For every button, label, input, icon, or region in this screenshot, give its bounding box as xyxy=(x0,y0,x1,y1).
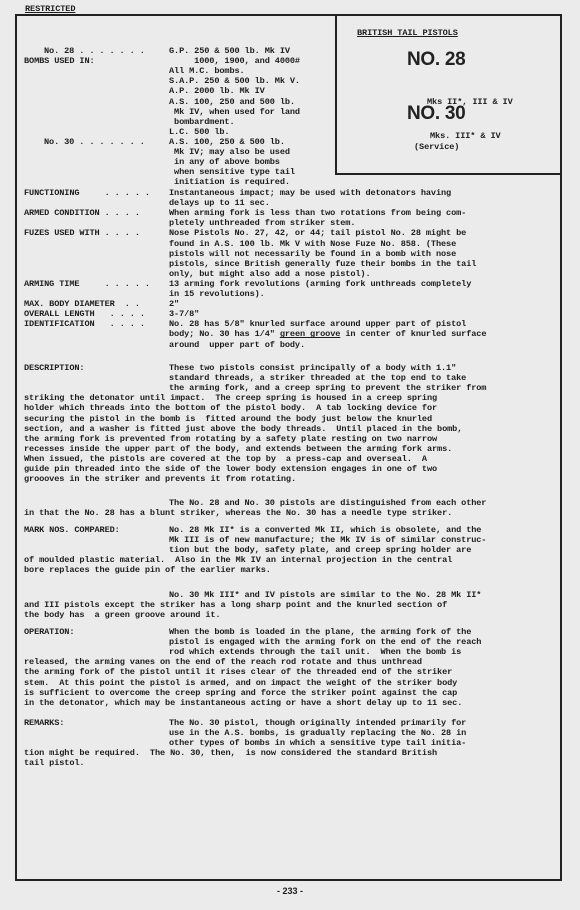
paragraph-line: recesses inside the upper part of the bo… xyxy=(24,444,452,454)
paragraph-line: The No. 28 and No. 30 pistols are distin… xyxy=(169,498,486,508)
spec-value-line: 13 arming fork revolutions (arming fork … xyxy=(169,279,471,289)
spec-value-line: in 15 revolutions). xyxy=(169,289,265,299)
entry-value-line: A.S. 100, 250 & 500 lb. xyxy=(169,137,285,147)
spec-value-line: No. 28 has 5/8" knurled surface around u… xyxy=(169,319,466,329)
spec-value-line: pistols, since British generally fuze th… xyxy=(169,259,476,269)
entry-value-line: Mk IV, when used for land xyxy=(169,107,300,117)
paragraph-line: is sufficient to overcome the creep spri… xyxy=(24,688,457,698)
spec-label: FUZES USED WITH . . . . xyxy=(24,228,140,238)
spec-value-line: 3-7/8" xyxy=(169,309,199,319)
entry-value-line: S.A.P. 250 & 500 lb. Mk V. xyxy=(169,76,300,86)
entry-value-line: initiation is required. xyxy=(169,177,290,187)
entry-value-line: 1000, 1900, and 4000# xyxy=(169,56,300,66)
paragraph-line: use in the A.S. bombs, is gradually repl… xyxy=(169,728,466,738)
paragraph-line: the arming fork, and a creep spring to p… xyxy=(169,383,486,393)
section-label: DESCRIPTION: xyxy=(24,363,84,373)
spec-label: IDENTIFICATION . . . . xyxy=(24,319,145,329)
spec-value-line: When arming fork is less than two rotati… xyxy=(169,208,466,218)
entry-value-line: L.C. 500 lb. xyxy=(169,127,229,137)
section-label: REMARKS: xyxy=(24,718,64,728)
paragraph-line: the arming fork is prevented from rotati… xyxy=(24,434,437,444)
paragraph-line: The No. 30 pistol, though originally int… xyxy=(169,718,466,728)
pistol-no30-title: NO. 30 xyxy=(407,103,465,125)
paragraph-line: section, and a washer is fitted just abo… xyxy=(24,424,462,434)
spec-value-line: pletely unthreaded from striker stem. xyxy=(169,218,355,228)
section-label: OPERATION: xyxy=(24,627,74,637)
classification-label: RESTRICTED xyxy=(25,4,75,14)
paragraph-line: and III pistols except the striker has a… xyxy=(24,600,447,610)
paragraph-line: standard threads, a striker threaded at … xyxy=(169,373,466,383)
paragraph-line: tail pistol. xyxy=(24,758,84,768)
title-box: BRITISH TAIL PISTOLS NO. 28 Mks II*, III… xyxy=(335,14,562,175)
paragraph-line: striking the detonator until impact. The… xyxy=(24,393,437,403)
paragraph-line: groooves in the striker and prevents it … xyxy=(24,474,296,484)
spec-label: FUNCTIONING . . . . . xyxy=(24,188,150,198)
paragraph-line: released, the arming vanes on the end of… xyxy=(24,657,422,667)
spec-value-line: around upper part of body. xyxy=(169,340,305,350)
spec-value-line: Instantaneous impact; may be used with d… xyxy=(169,188,451,198)
bombs-used-in-section: BOMBS USED IN: xyxy=(24,36,95,76)
text-fragment: in center of knurled surface xyxy=(340,329,486,339)
pistol-no30-service-note: (Service) xyxy=(414,142,459,152)
paragraph-line: in the detonator, which may be instantan… xyxy=(24,698,462,708)
paragraph-line: securing the pistol in the bomb is fitte… xyxy=(24,414,432,424)
paragraph-line: the arming fork of the pistol until it r… xyxy=(24,667,452,677)
green-groove-emphasis: green groove xyxy=(280,329,340,339)
entry-value-line: A.P. 2000 lb. Mk IV xyxy=(169,86,265,96)
entry-label: No. 30 . . . . . . . xyxy=(44,137,145,147)
paragraph-line: tion might be required. The No. 30, then… xyxy=(24,748,437,758)
pistol-no28-title: NO. 28 xyxy=(407,49,465,71)
paragraph-line: guide pin threaded into the side of the … xyxy=(24,464,437,474)
spec-label: OVERALL LENGTH . . . . xyxy=(24,309,145,319)
spec-label: ARMING TIME . . . . . xyxy=(24,279,150,289)
spec-value-line: only, but might also add a nose pistol). xyxy=(169,269,370,279)
paragraph-line: holder which threads into the bottom of … xyxy=(24,403,437,413)
paragraph-line: the body has a green groove around it. xyxy=(24,610,220,620)
paragraph-line: of moulded plastic material. Also in the… xyxy=(24,555,452,565)
entry-value-line: Mk IV; may also be used xyxy=(169,147,290,157)
paragraph-line: Mk III is of new manufacture; the Mk IV … xyxy=(169,535,486,545)
spec-value-line: pistols will not necessarily be found in… xyxy=(169,249,456,259)
page-number: - 233 - xyxy=(0,886,580,896)
paragraph-line: These two pistols consist principally of… xyxy=(169,363,456,373)
bombs-used-in-label: BOMBS USED IN: xyxy=(24,56,95,66)
paragraph-line: in that the No. 28 has a blunt striker, … xyxy=(24,508,452,518)
spec-value-line: found in A.S. 100 lb. Mk V with Nose Fuz… xyxy=(169,239,456,249)
paragraph-line: When issued, the pistols are covered at … xyxy=(24,454,427,464)
entry-label: No. 28 . . . . . . . xyxy=(44,46,145,56)
paragraph-line: No. 30 Mk III* and IV pistols are simila… xyxy=(169,590,481,600)
entry-value-line: G.P. 250 & 500 lb. Mk IV xyxy=(169,46,290,56)
spec-value-line: Nose Pistols No. 27, 42, or 44; tail pis… xyxy=(169,228,466,238)
title-heading: BRITISH TAIL PISTOLS xyxy=(357,28,458,38)
paragraph-line: pistol is engaged with the arming fork o… xyxy=(169,637,481,647)
spec-value-line: body; No. 30 has 1/4" green groove in ce… xyxy=(169,329,486,339)
entry-value-line: when sensitive type tail xyxy=(169,167,295,177)
paragraph-line: tion but the body, safety plate, and cre… xyxy=(169,545,471,555)
spec-value-line: delays up to 11 sec. xyxy=(169,198,270,208)
entry-value-line: A.S. 100, 250 and 500 lb. xyxy=(169,97,295,107)
spec-label: ARMED CONDITION . . . . xyxy=(24,208,140,218)
paragraph-line: bore replaces the guide pin of the earli… xyxy=(24,565,271,575)
paragraph-line: rod which extends through the tail unit.… xyxy=(169,647,461,657)
section-label: MARK NOS. COMPARED: xyxy=(24,525,120,535)
paragraph-line: other types of bombs in which a sensitiv… xyxy=(169,738,466,748)
paragraph-line: No. 28 Mk II* is a converted Mk II, whic… xyxy=(169,525,481,535)
spec-label: MAX. BODY DIAMETER . . xyxy=(24,299,140,309)
entry-value-line: All M.C. bombs. xyxy=(169,66,245,76)
spec-value-line: 2" xyxy=(169,299,179,309)
entry-value-line: in any of above bombs xyxy=(169,157,280,167)
entry-value-line: bombardment. xyxy=(169,117,234,127)
paragraph-line: stem. At this point the pistol is armed,… xyxy=(24,678,457,688)
pistol-no30-marks: Mks. III* & IV xyxy=(430,131,501,141)
paragraph-line: When the bomb is loaded in the plane, th… xyxy=(169,627,471,637)
